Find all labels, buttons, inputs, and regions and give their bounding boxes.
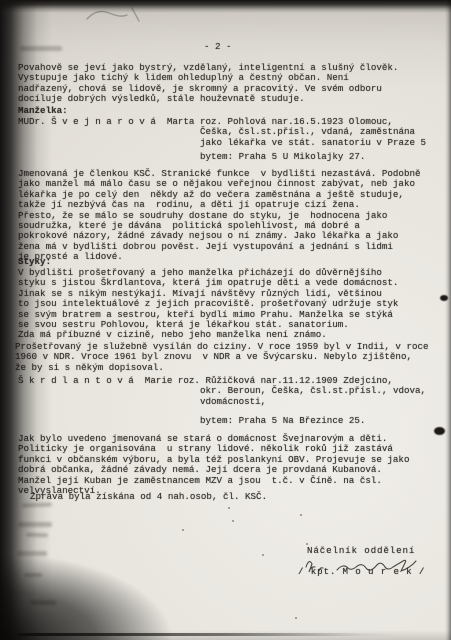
intro-paragraph: Povahově se jeví jako bystrý, vzdělaný, … [18,63,448,105]
bleed-through-mark [20,46,62,51]
housekeeper-address: bytem: Praha 5 Na Březince 25. [200,416,365,426]
scan-corner-bottom-left [0,550,180,640]
page-number: - 2 - [204,42,232,52]
wife-section-heading: Manželka: [18,106,68,116]
wife-assessment-paragraph: Jmenovaná je členkou KSČ. Stranické funk… [18,169,448,263]
speck [295,617,297,619]
contacts-section-heading: Styky: [18,257,51,267]
housekeeper-paragraph: Jak bylo uvedeno jmenovaná se stará o do… [18,434,448,496]
speck [228,507,230,509]
bleed-through-mark [17,551,47,556]
bleed-through-mark [22,502,52,507]
speck [232,520,234,522]
wife-address: bytem: Praha 5 U Mikolajky 27. [200,152,365,162]
bleed-through-mark [26,533,48,538]
wife-record: MUDr. Š v e j n a r o v á Marta roz. Poh… [18,117,451,148]
speck [300,514,302,516]
speck [182,529,184,531]
contacts-paragraph: V bydlišti prošetřovaný a jeho manželka … [18,268,448,341]
bleed-through-mark [18,522,52,527]
scan-page-bottom-shadow [18,633,398,636]
bleed-through-mark [24,573,42,577]
scanned-document-page: - 2 - Povahově se jeví jako bystrý, vzdě… [0,0,451,640]
bleed-through-mark [30,600,56,605]
speck [262,554,264,556]
pencil-mark [82,4,152,26]
scan-edge-top [0,0,451,13]
scan-edge-bottom [0,630,451,640]
housekeeper-record: Š k r d l a n t o v á Marie roz. Růžičko… [18,376,451,407]
source-note: Zpráva byla získána od 4 nah.osob, čl. K… [30,492,267,502]
signature-name: / kpt. M o u r e k / [298,567,425,577]
travel-paragraph: Prošetřovaný je služebně vysílán do cizi… [15,342,449,373]
